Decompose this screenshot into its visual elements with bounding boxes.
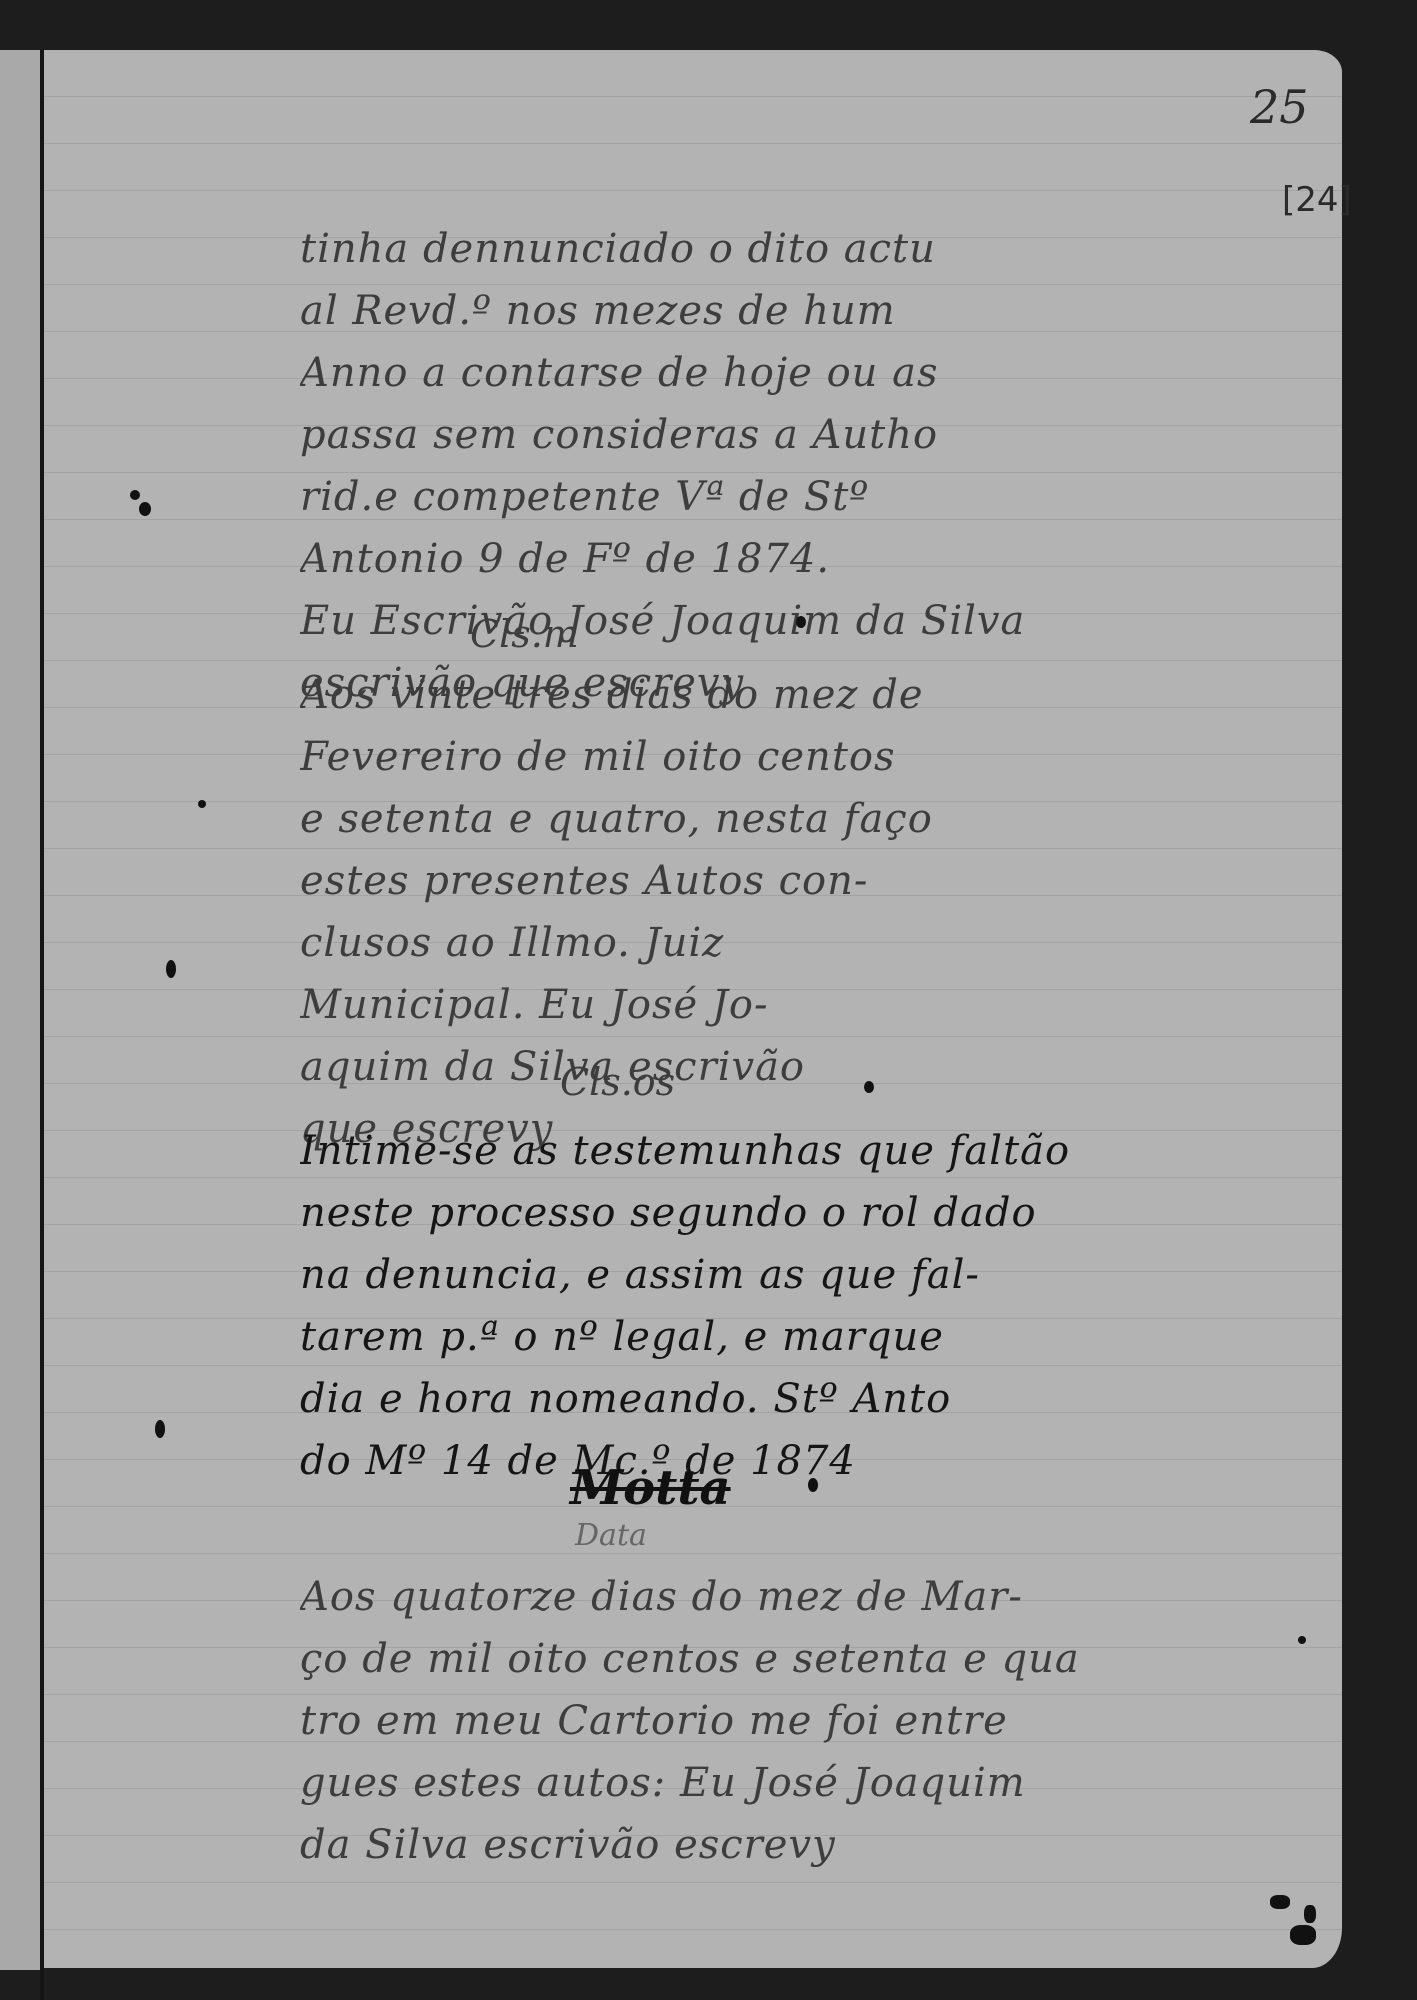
text-line: rid.e competente Vª de Stº xyxy=(300,466,1160,528)
text-line: Antonio 9 de Fº de 1874. xyxy=(300,528,1160,590)
text-line: tro em meu Cartorio me foi entre xyxy=(300,1690,1160,1752)
text-line: na denuncia, e assim as que fal- xyxy=(300,1244,1160,1306)
ink-blot xyxy=(1290,1925,1316,1945)
facing-page-edge xyxy=(0,50,44,1970)
paragraph-2: Aos vinte tres dias do mez de Fevereiro … xyxy=(300,664,1160,1160)
text-line: Aos quatorze dias do mez de Mar- xyxy=(300,1566,1160,1628)
text-line: ço de mil oito centos e setenta e qua xyxy=(300,1628,1160,1690)
ink-blot xyxy=(796,616,806,628)
text-line: dia e hora nomeando. Stº Anto xyxy=(300,1368,1160,1430)
page-number: 25 xyxy=(1250,80,1309,134)
paragraph-1: tinha dennunciado o dito actu al Revd.º … xyxy=(300,218,1160,714)
text-line: Intime-se as testemunhas que faltão xyxy=(300,1120,1160,1182)
text-line: Aos vinte tres dias do mez de xyxy=(300,664,1160,726)
ink-blot xyxy=(130,490,140,500)
text-line: Eu Escrivão José Joaquim da Silva xyxy=(300,590,1160,652)
text-line: Anno a contarse de hoje ou as xyxy=(300,342,1160,404)
text-line: aquim da Silva escrivão xyxy=(300,1036,1160,1098)
text-line: passa sem consideras a Autho xyxy=(300,404,1160,466)
text-line: estes presentes Autos con- xyxy=(300,850,1160,912)
text-line: tarem p.ª o nº legal, e marque xyxy=(300,1306,1160,1368)
conclusion-mark: Cls.m xyxy=(470,612,579,656)
signature: Motta xyxy=(570,1460,731,1516)
ink-blot xyxy=(1298,1636,1306,1644)
ink-blot xyxy=(198,800,206,808)
text-line: da Silva escrivão escrevy xyxy=(300,1814,1160,1876)
ink-blot xyxy=(166,960,176,978)
judge-order: Intime-se as testemunhas que faltão nest… xyxy=(300,1120,1160,1492)
text-line: clusos ao Illmo. Juiz xyxy=(300,912,1160,974)
ink-blot xyxy=(808,1478,818,1492)
ink-blot xyxy=(864,1081,874,1093)
conclusion-mark: Cls.os xyxy=(560,1060,675,1104)
text-line: Municipal. Eu José Jo- xyxy=(300,974,1160,1036)
ink-blot xyxy=(139,502,151,516)
archive-number: [24] xyxy=(1282,180,1352,220)
text-line: gues estes autos: Eu José Joaquim xyxy=(300,1752,1160,1814)
text-line: neste processo segundo o rol dado xyxy=(300,1182,1160,1244)
ink-blot xyxy=(155,1420,165,1438)
ink-blot xyxy=(1304,1905,1316,1923)
text-line: Fevereiro de mil oito centos xyxy=(300,726,1160,788)
text-line: e setenta e quatro, nesta faço xyxy=(300,788,1160,850)
text-line: al Revd.º nos mezes de hum xyxy=(300,280,1160,342)
text-line: tinha dennunciado o dito actu xyxy=(300,218,1160,280)
paragraph-4: Aos quatorze dias do mez de Mar- ço de m… xyxy=(300,1566,1160,1876)
data-mark: Data xyxy=(575,1518,647,1553)
ink-blot xyxy=(1270,1895,1290,1909)
